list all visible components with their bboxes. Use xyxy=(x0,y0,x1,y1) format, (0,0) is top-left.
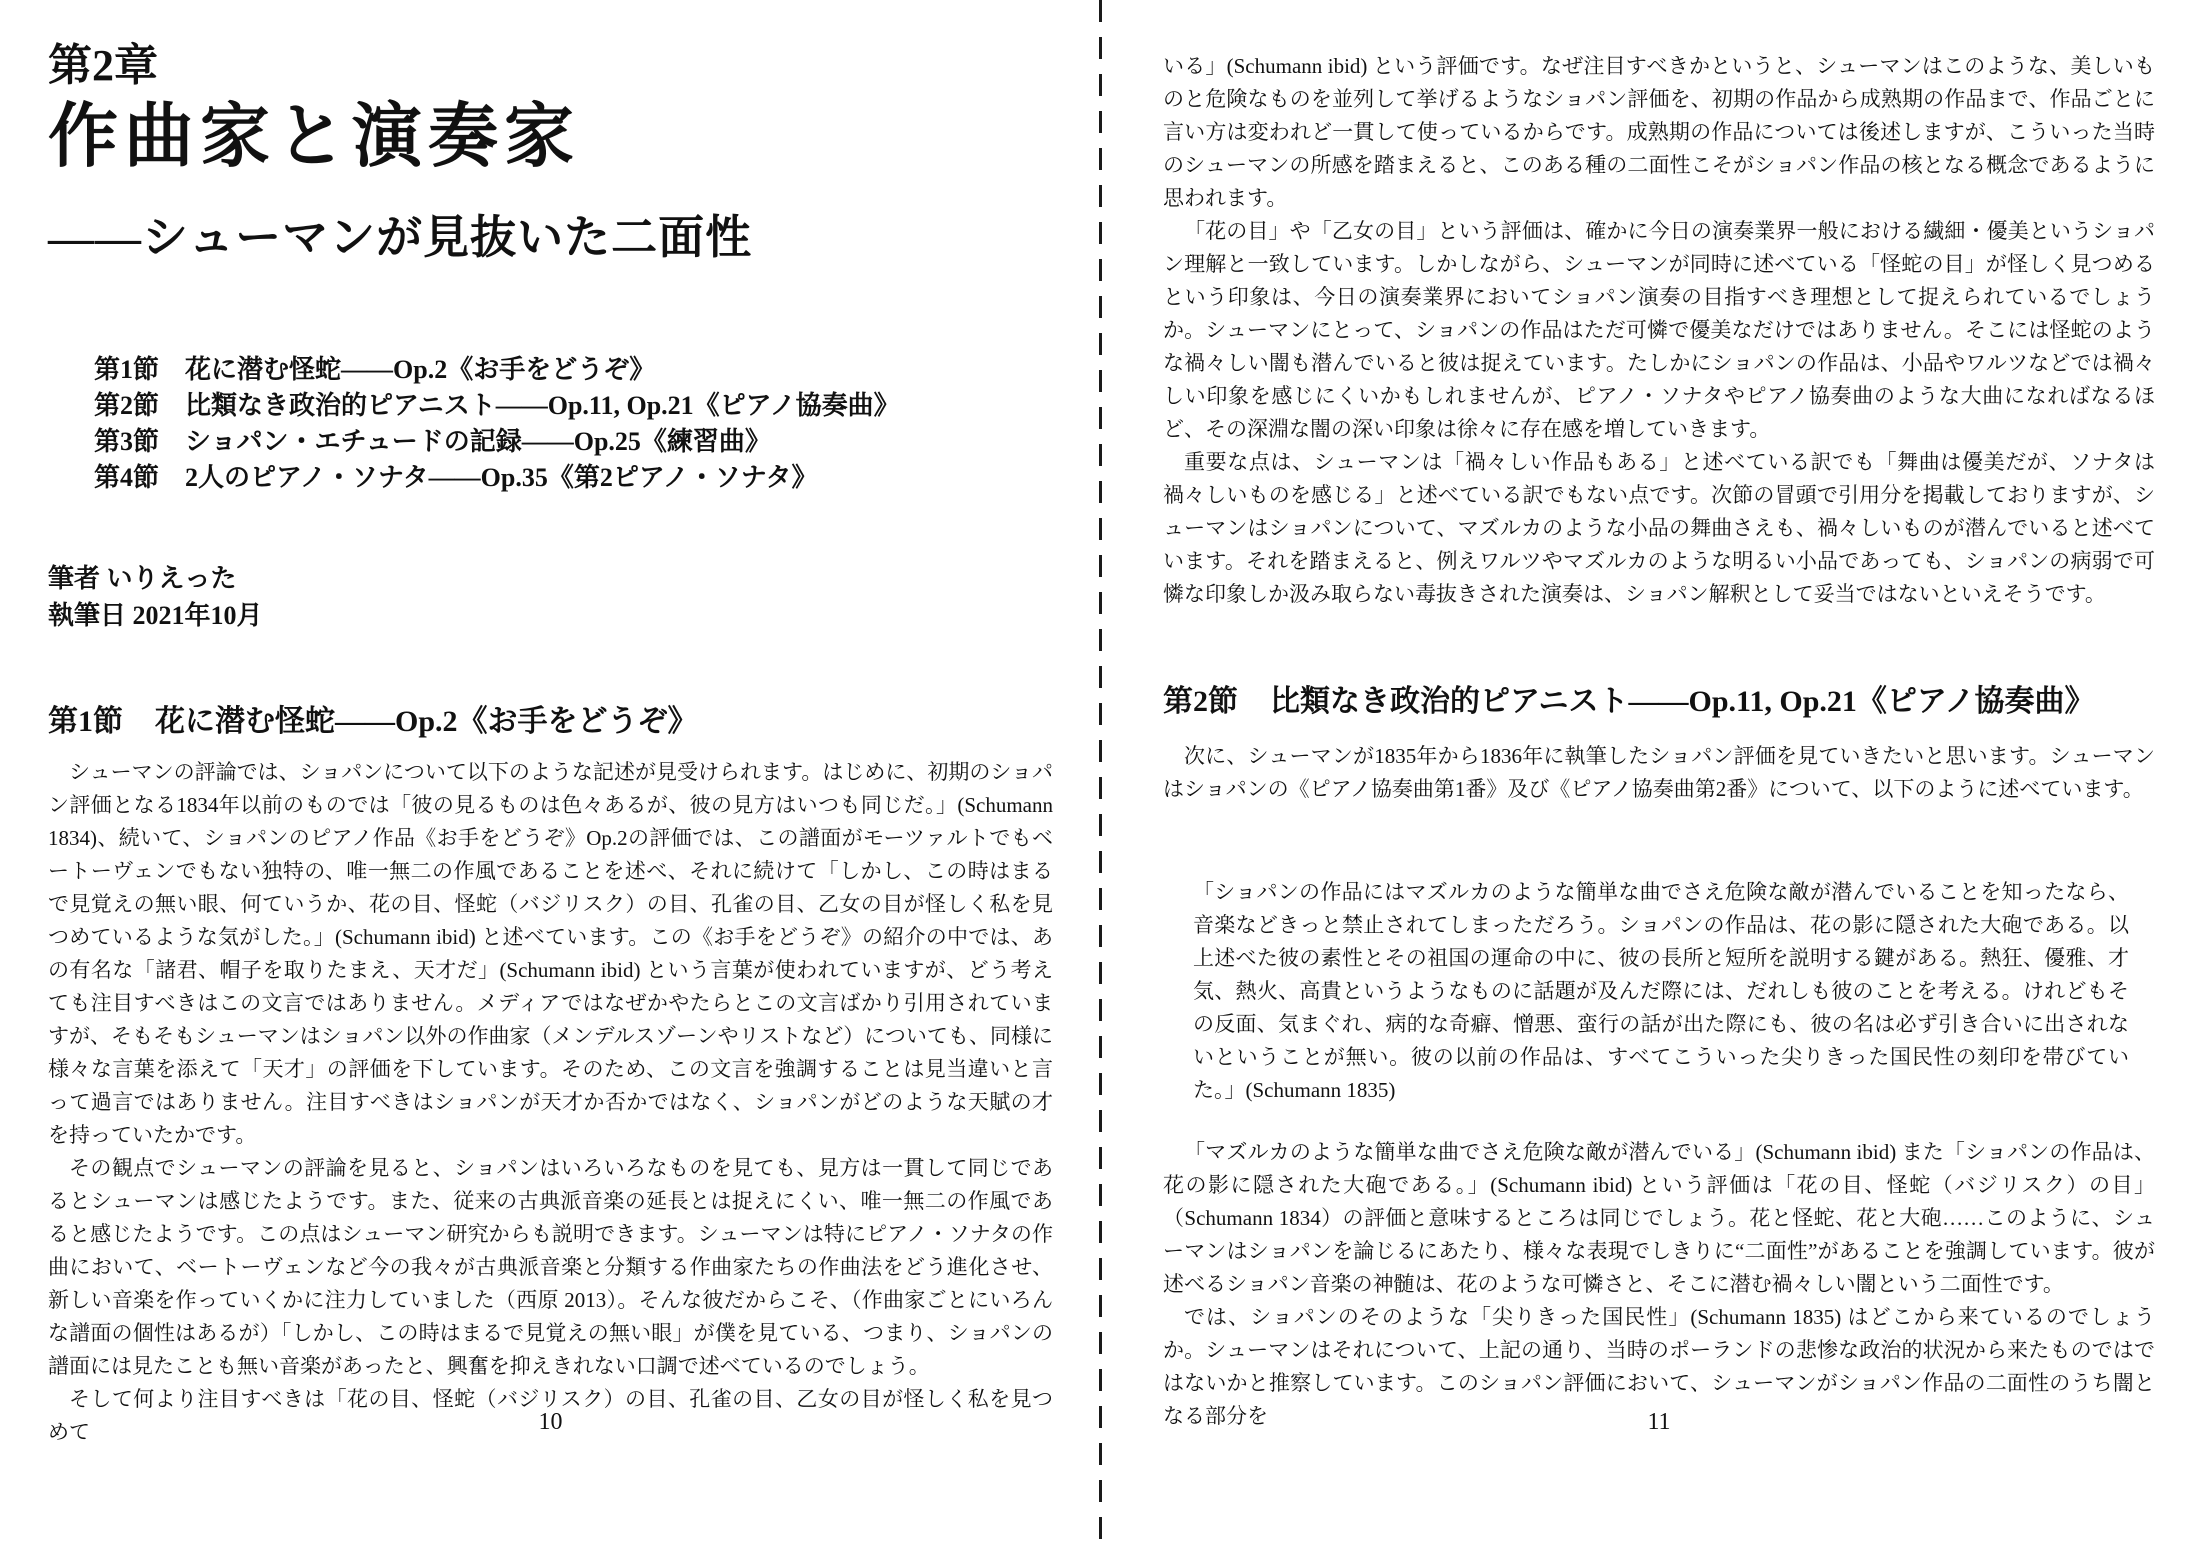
toc-item-4-title: 2人のピアノ・ソナタ——Op.35《第2ピアノ・ソナタ》 xyxy=(185,460,817,496)
section-2-title: 比類なき政治的ピアニスト——Op.11, Op.21《ピアノ協奏曲》 xyxy=(1270,682,2094,721)
section-1-heading: 第1節 花に潜む怪蛇——Op.2《お手をどうぞ》 xyxy=(48,702,698,741)
right-page-top-body: いる」(Schumann ibid) という評価です。なぜ注目すべきかというと、… xyxy=(1163,50,2155,611)
toc-item-3-number: 第3節 xyxy=(94,424,159,460)
left-page-number: 10 xyxy=(48,1408,1053,1437)
paragraph: 「マズルカのような簡単な曲でさえ危険な敵が潜んでいる」(Schumann ibi… xyxy=(1163,1136,2155,1301)
toc-item-3-title: ショパン・エチュードの記録——Op.25《練習曲》 xyxy=(185,424,771,460)
toc-item-1: 第1節 花に潜む怪蛇——Op.2《お手をどうぞ》 xyxy=(94,352,900,388)
author-line: 筆者 いりえった xyxy=(48,560,263,597)
chapter-number-label: 第2章 xyxy=(48,40,158,93)
author-block: 筆者 いりえった 執筆日 2021年10月 xyxy=(48,560,263,634)
paragraph: シューマンの評論では、ショパンについて以下のような記述が見受けられます。はじめに… xyxy=(48,756,1053,1152)
right-page: いる」(Schumann ibid) という評価です。なぜ注目すべきかというと、… xyxy=(1163,0,2155,1545)
date-line: 執筆日 2021年10月 xyxy=(48,597,263,634)
toc-item-1-title: 花に潜む怪蛇——Op.2《お手をどうぞ》 xyxy=(185,352,655,388)
block-quote: 「ショパンの作品にはマズルカのような簡単な曲でさえ危険な敵が潜んでいることを知っ… xyxy=(1163,876,2155,1107)
toc-item-2-number: 第2節 xyxy=(94,388,159,424)
toc-item-1-number: 第1節 xyxy=(94,352,159,388)
section-2-intro: 次に、シューマンが1835年から1836年に執筆したショパン評価を見ていきたいと… xyxy=(1163,740,2155,806)
paragraph: 次に、シューマンが1835年から1836年に執筆したショパン評価を見ていきたいと… xyxy=(1163,740,2155,806)
left-page: 第2章 作曲家と演奏家 ——シューマンが見抜いた二面性 第1節 花に潜む怪蛇——… xyxy=(48,0,1053,1545)
paragraph: その観点でシューマンの評論を見ると、ショパンはいろいろなものを見ても、見方は一貫… xyxy=(48,1152,1053,1383)
right-page-number: 11 xyxy=(1163,1408,2155,1437)
section-2-number: 第2節 xyxy=(1163,682,1238,721)
left-page-body: シューマンの評論では、ショパンについて以下のような記述が見受けられます。はじめに… xyxy=(48,756,1053,1449)
toc-item-2: 第2節 比類なき政治的ピアニスト——Op.11, Op.21《ピアノ協奏曲》 xyxy=(94,388,900,424)
book-spread: { "document": { "left_page": { "chapter_… xyxy=(0,0,2199,1545)
section-1-title: 花に潜む怪蛇——Op.2《お手をどうぞ》 xyxy=(155,702,698,741)
chapter-subtitle: ——シューマンが見抜いた二面性 xyxy=(48,210,752,265)
quote-paragraph: 「ショパンの作品にはマズルカのような簡単な曲でさえ危険な敵が潜んでいることを知っ… xyxy=(1193,876,2129,1107)
paragraph: いる」(Schumann ibid) という評価です。なぜ注目すべきかというと、… xyxy=(1163,50,2155,215)
chapter-title: 作曲家と演奏家 xyxy=(48,98,580,179)
table-of-contents: 第1節 花に潜む怪蛇——Op.2《お手をどうぞ》 第2節 比類なき政治的ピアニス… xyxy=(94,352,900,496)
section-1-number: 第1節 xyxy=(48,702,123,741)
toc-item-3: 第3節 ショパン・エチュードの記録——Op.25《練習曲》 xyxy=(94,424,900,460)
toc-item-4-number: 第4節 xyxy=(94,460,159,496)
right-page-bottom-body: 「マズルカのような簡単な曲でさえ危険な敵が潜んでいる」(Schumann ibi… xyxy=(1163,1136,2155,1433)
toc-item-2-title: 比類なき政治的ピアニスト——Op.11, Op.21《ピアノ協奏曲》 xyxy=(185,388,900,424)
page-divider-dashed-line xyxy=(1099,0,1102,1545)
section-2-heading: 第2節 比類なき政治的ピアニスト——Op.11, Op.21《ピアノ協奏曲》 xyxy=(1163,682,2094,721)
paragraph: 重要な点は、シューマンは「禍々しい作品もある」と述べている訳でも「舞曲は優美だが… xyxy=(1163,446,2155,611)
toc-item-4: 第4節 2人のピアノ・ソナタ——Op.35《第2ピアノ・ソナタ》 xyxy=(94,460,900,496)
paragraph: 「花の目」や「乙女の目」という評価は、確かに今日の演奏業界一般における繊細・優美… xyxy=(1163,215,2155,446)
